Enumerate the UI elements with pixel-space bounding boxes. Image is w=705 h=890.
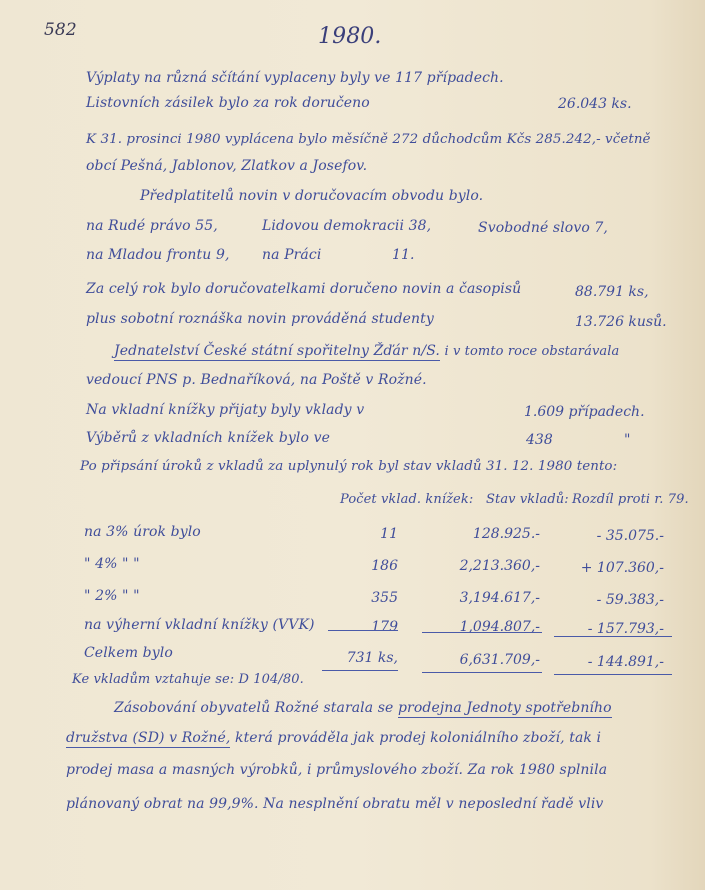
subscribers-mlada-fronta: na Mladou frontu 9, xyxy=(86,247,230,263)
table-header-count: Počet vklad. knížek: xyxy=(340,492,473,507)
text-line-4: obcí Pešná, Jablonov, Zlatkov a Josefov. xyxy=(86,158,367,174)
total-rule-balance xyxy=(422,672,542,673)
subscribers-svobodne-slovo: Svobodné slovo 7, xyxy=(478,220,608,236)
store-name-part-2: družstva (SD) v Rožné, xyxy=(66,730,230,748)
text-line-8: Za celý rok bylo doručovatelkami doručen… xyxy=(86,281,521,297)
total-difference: - 144.891,- xyxy=(554,654,664,670)
supply-paragraph-line-3: prodej masa a masných výrobků, i průmysl… xyxy=(66,762,607,778)
ditto-mark: " xyxy=(624,432,630,448)
text-line-12: Na vkladní knížky přijaty byly vklady v xyxy=(86,402,364,418)
saturday-delivery-value: 13.726 kusů. xyxy=(575,314,667,330)
table-header-balance: Stav vkladů: xyxy=(486,492,569,507)
supply-paragraph-line-2: družstva (SD) v Rožné, která prováděla j… xyxy=(66,730,601,746)
table-row-difference: - 157.793,- xyxy=(554,621,664,637)
newspapers-delivered-value: 88.791 ks, xyxy=(575,284,649,300)
subscribers-rude-pravo: na Rudé právo 55, xyxy=(86,218,218,234)
text-line-13: Výběrů z vkladních knížek bylo ve xyxy=(86,430,330,446)
savings-bank-name: Jednatelství České státní spořitelny Žďá… xyxy=(114,343,440,361)
supply-text-2: která prováděla jak prodej koloniálního … xyxy=(235,730,601,746)
year-heading: 1980. xyxy=(318,24,381,49)
text-line-14: Po připsání úroků z vkladů za uplynulý r… xyxy=(80,459,617,474)
savings-bank-line-rest: i v tomto roce obstarávala xyxy=(445,344,620,359)
subscribers-prace-label: na Práci xyxy=(262,247,321,263)
deposit-note: Ke vkladům vztahuje se: D 104/80. xyxy=(72,672,304,687)
table-row-balance: 2,213.360,- xyxy=(422,558,540,574)
table-row-difference: + 107.360,- xyxy=(554,560,664,576)
table-header-difference: Rozdíl proti r. 79. xyxy=(572,492,689,507)
table-row-label: na výherní vkladní knížky (VVK) xyxy=(84,617,315,633)
table-row-difference: - 59.383,- xyxy=(554,592,664,608)
total-label: Celkem bylo xyxy=(84,645,173,661)
table-row-balance: 3,194.617,- xyxy=(422,590,540,606)
text-line-2: Listovních zásilek bylo za rok doručeno xyxy=(86,95,370,111)
table-row-count: 179 xyxy=(328,619,398,635)
rule-count xyxy=(328,630,398,631)
table-row-label: " 2% " " xyxy=(84,588,140,604)
total-count: 731 ks, xyxy=(328,650,398,666)
supply-paragraph-line-1: Zásobování obyvatelů Rožné starala se pr… xyxy=(114,700,612,716)
handwritten-chronicle-page: 582 1980. Výplaty na různá sčítání vypla… xyxy=(0,0,705,890)
text-line-3: K 31. prosinci 1980 vyplácena bylo měsíč… xyxy=(86,132,651,147)
table-row-count: 186 xyxy=(328,558,398,574)
table-row-label: " 4% " " xyxy=(84,556,140,572)
table-row-count: 355 xyxy=(328,590,398,606)
total-balance: 6,631.709,- xyxy=(422,652,540,668)
subscribers-prace-value: 11. xyxy=(392,247,415,263)
letters-delivered-value: 26.043 ks. xyxy=(558,96,632,112)
supply-text: Zásobování obyvatelů Rožné starala se xyxy=(114,700,393,716)
rule-balance xyxy=(422,632,542,633)
total-rule-count xyxy=(322,670,398,671)
supply-paragraph-line-4: plánovaný obrat na 99,9%. Na nesplnění o… xyxy=(66,796,603,812)
rule-difference xyxy=(554,636,672,637)
table-row-label: na 3% úrok bylo xyxy=(84,524,201,540)
page-number: 582 xyxy=(44,20,77,40)
total-rule-difference xyxy=(554,674,672,675)
table-row-balance: 128.925.- xyxy=(422,526,540,542)
text-line-11: vedoucí PNS p. Bednaříková, na Poště v R… xyxy=(86,372,427,388)
withdrawals-count-value: 438 xyxy=(526,432,553,448)
deposits-count-value: 1.609 případech. xyxy=(524,404,645,420)
text-line-9: plus sobotní roznáška novin prováděná st… xyxy=(86,311,434,327)
savings-bank-line: Jednatelství České státní spořitelny Žďá… xyxy=(114,343,619,359)
subscribers-lidova-demokracie: Lidovou demokracii 38, xyxy=(262,218,431,234)
text-line-1: Výplaty na různá sčítání vyplaceny byly … xyxy=(86,70,504,86)
table-row-count: 11 xyxy=(328,526,398,542)
table-row-difference: - 35.075.- xyxy=(554,528,664,544)
subscribers-heading: Předplatitelů novin v doručovacím obvodu… xyxy=(140,188,483,204)
store-name-part-1: prodejna Jednoty spotřebního xyxy=(398,700,612,718)
